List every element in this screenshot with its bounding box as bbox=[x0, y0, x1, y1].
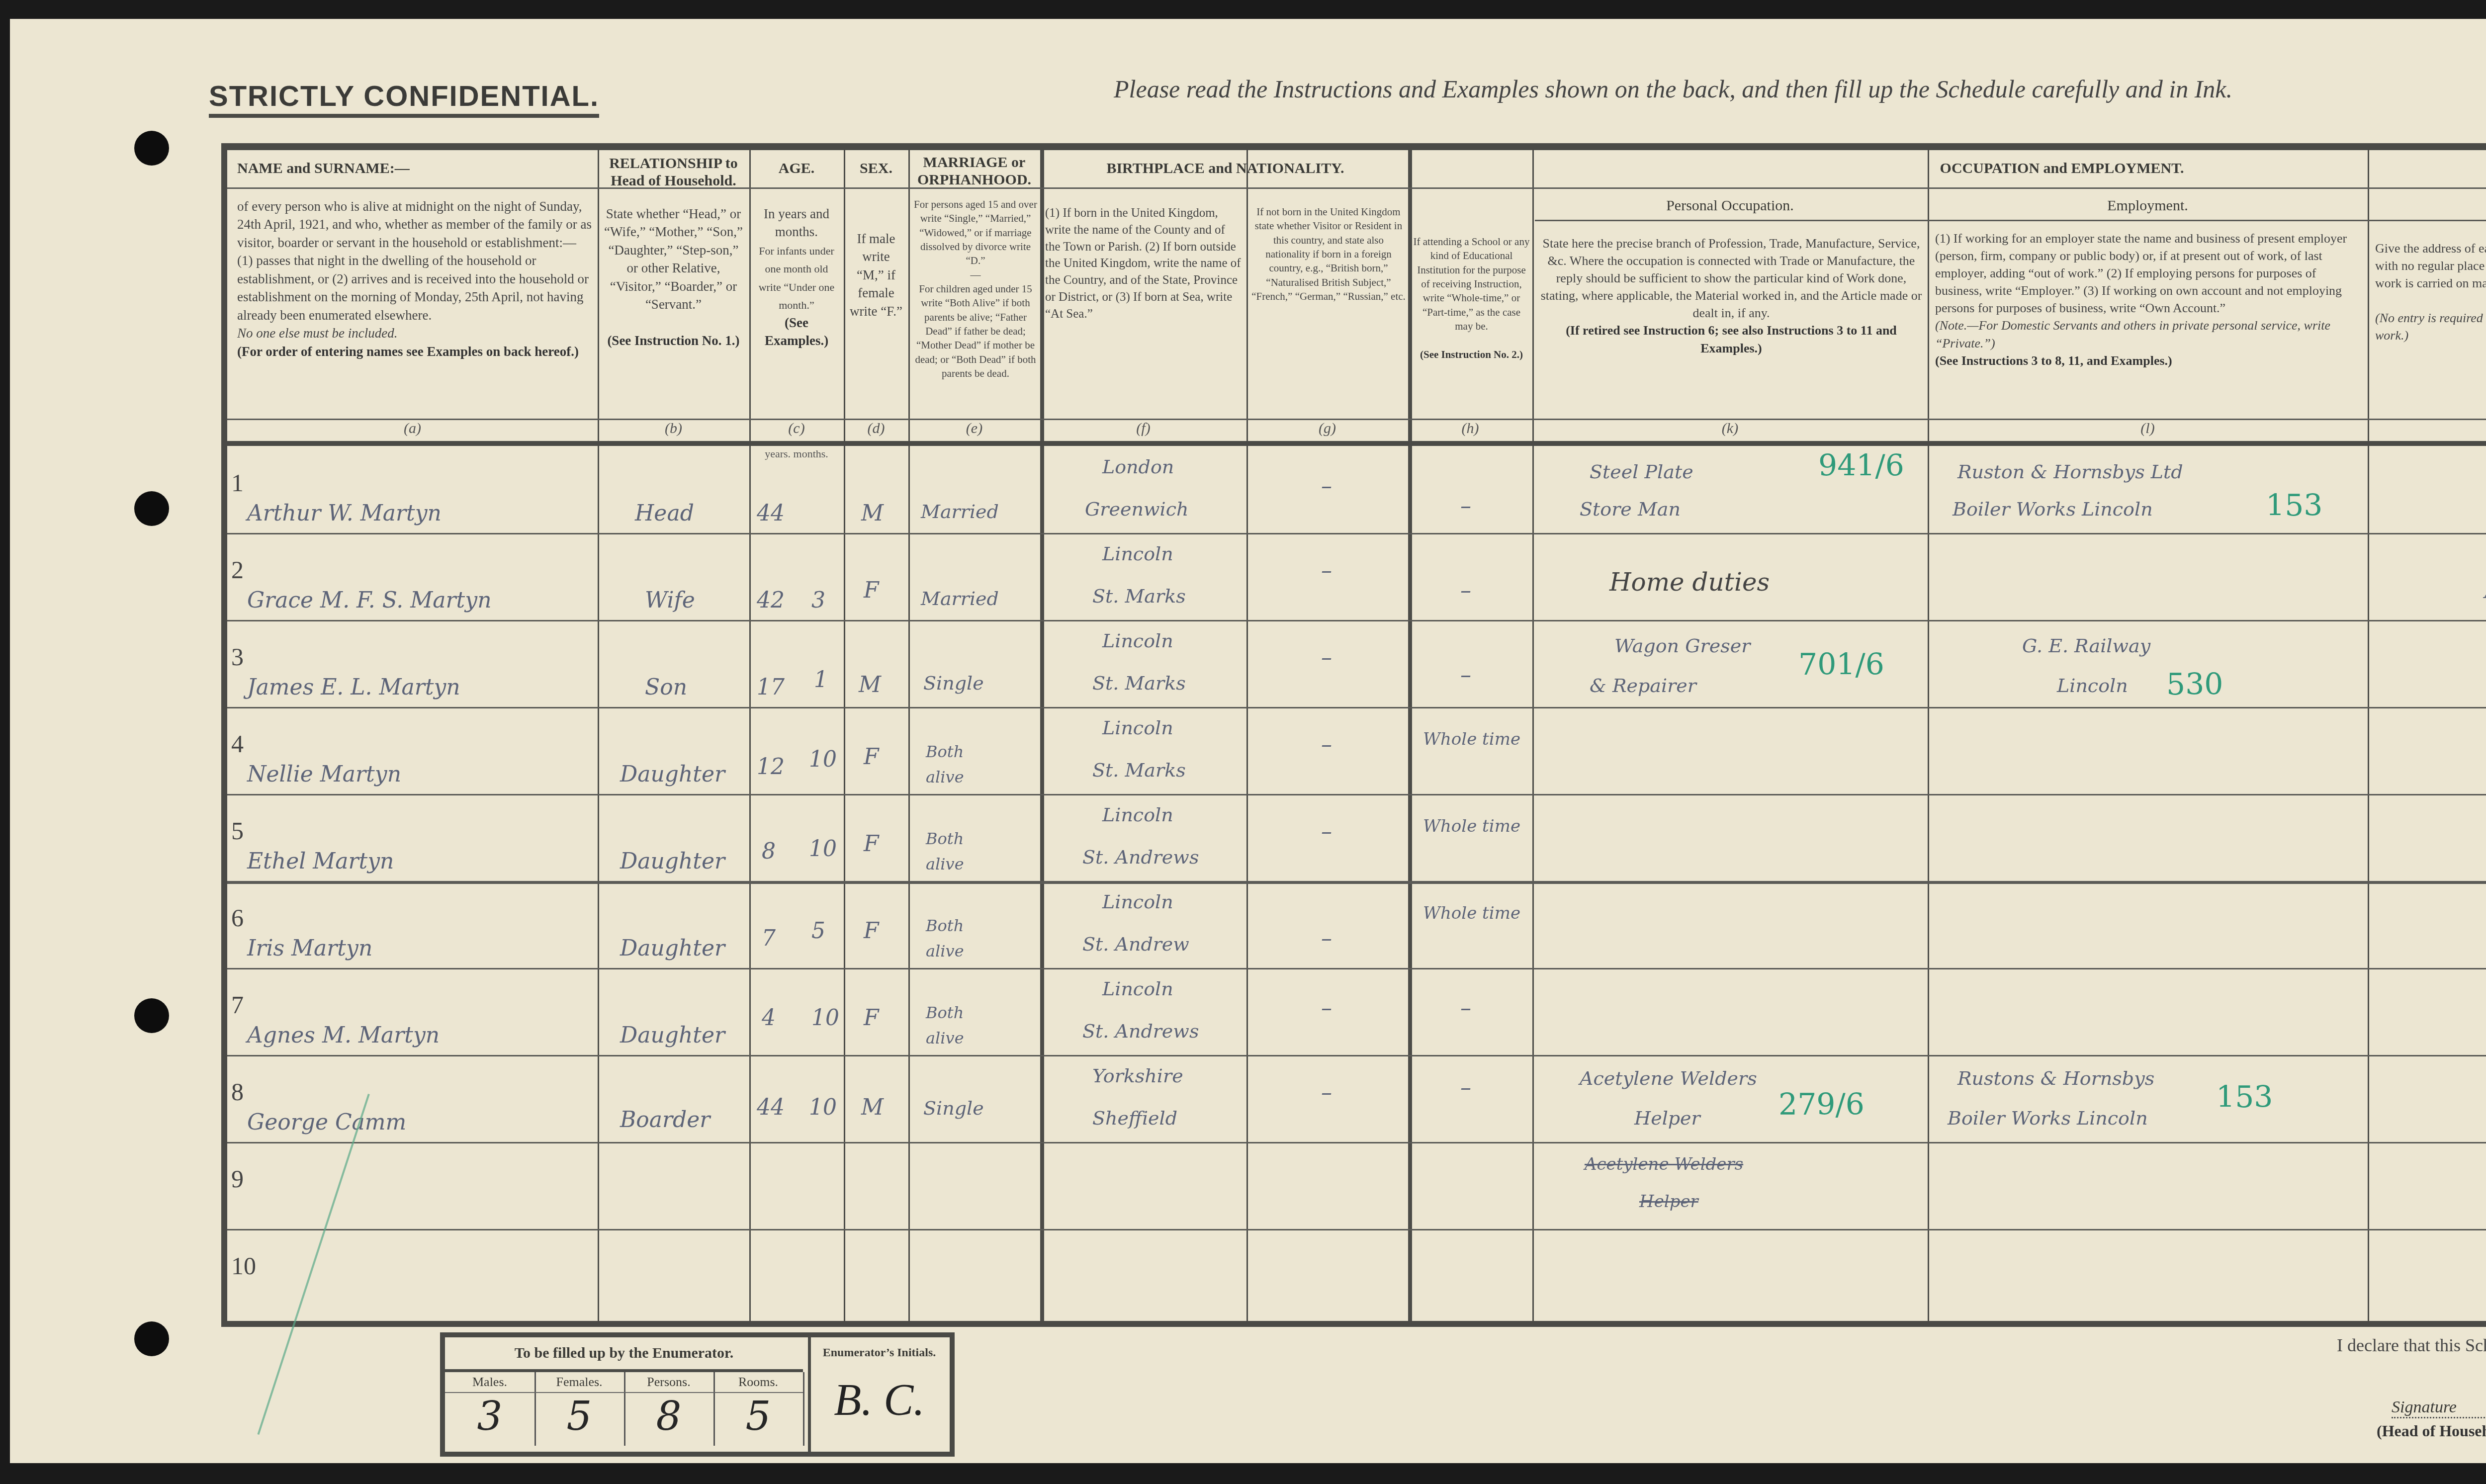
birth-county-cell: Lincoln bbox=[1102, 891, 1173, 913]
birth-county-cell: Lincoln bbox=[1102, 804, 1173, 826]
birth-county-cell: London bbox=[1102, 456, 1174, 478]
occupation-cell: Home duties bbox=[1609, 568, 1770, 597]
enumerator-initials: Enumerator’s Initials. B. C. bbox=[808, 1337, 948, 1452]
row-number: 1 bbox=[231, 468, 244, 497]
occupation-cell: Helper bbox=[1634, 1107, 1700, 1129]
field-label: Persons. bbox=[624, 1372, 713, 1393]
col-letter: (b) bbox=[598, 420, 749, 437]
age-years-cell: 42 bbox=[757, 588, 785, 613]
relationship-cell: Daughter bbox=[620, 762, 725, 787]
age-months-cell: 3 bbox=[811, 588, 825, 613]
col-letter: (e) bbox=[908, 420, 1040, 437]
employer-code: 153 bbox=[2266, 488, 2323, 523]
birth-town-cell: St. Marks bbox=[1092, 585, 1186, 607]
age-years-cell: 17 bbox=[757, 675, 785, 700]
field-label: Males. bbox=[445, 1372, 534, 1393]
rooms-field: Rooms. 5 bbox=[713, 1372, 804, 1446]
header-bottom-rule bbox=[227, 441, 2486, 446]
col-b-title: RELATIONSHIP to Head of Household. bbox=[600, 155, 747, 189]
household-schedule-table: NAME and SURNAME:— RELATIONSHIP to Head … bbox=[221, 143, 2486, 1327]
row-number: 7 bbox=[231, 990, 244, 1019]
col-letter: (a) bbox=[227, 420, 598, 437]
col-a-title: NAME and SURNAME:— bbox=[237, 160, 595, 177]
relationship-cell: Wife bbox=[645, 588, 695, 613]
name-cell: George Camm bbox=[247, 1110, 406, 1135]
birth-town-cell: Sheffield bbox=[1092, 1107, 1177, 1129]
col-letter: (c) bbox=[749, 420, 844, 437]
col-l-title: Employment. bbox=[1930, 197, 2365, 215]
punch-hole bbox=[134, 1321, 169, 1356]
instructions-line: Please read the Instructions and Example… bbox=[1114, 75, 2232, 103]
col-c-instructions: In years and months.For infants under on… bbox=[754, 205, 839, 350]
school-cell: Whole time bbox=[1423, 722, 1522, 757]
birthplace-title: BIRTHPLACE and NATIONALITY. bbox=[1045, 160, 1406, 177]
marriage-cell: Married bbox=[921, 588, 999, 610]
col-letter: (m) bbox=[2368, 420, 2486, 437]
birth-town-cell: St. Marks bbox=[1092, 672, 1186, 694]
row-divider bbox=[227, 794, 2486, 795]
col-k-instructions: State here the precise branch of Profess… bbox=[1540, 235, 1923, 357]
header-divider bbox=[227, 187, 2486, 189]
name-cell: James E. L. Martyn bbox=[247, 675, 460, 700]
marriage-cell: Both alive bbox=[926, 826, 985, 877]
occupation-code: 941/6 bbox=[1818, 448, 1904, 483]
row-number: 2 bbox=[231, 555, 244, 584]
marriage-cell: Both alive bbox=[926, 913, 985, 964]
col-letter: (g) bbox=[1246, 420, 1408, 437]
initials-value: B. C. bbox=[811, 1375, 948, 1426]
row-divider bbox=[227, 881, 2486, 884]
column-divider bbox=[598, 150, 599, 1321]
sex-cell: F bbox=[864, 578, 879, 603]
name-cell: Grace M. F. S. Martyn bbox=[247, 588, 492, 613]
column-divider bbox=[1040, 150, 1044, 1321]
marriage-cell: Single bbox=[923, 672, 984, 694]
relationship-cell: Head bbox=[635, 501, 694, 526]
header-divider bbox=[1535, 220, 2486, 221]
nationality-cell: – bbox=[1321, 732, 1332, 757]
sex-cell: M bbox=[859, 672, 881, 698]
females-field: Females. 5 bbox=[534, 1372, 625, 1446]
birth-county-cell: Lincoln bbox=[1102, 717, 1173, 739]
declaration-text: I declare that this Schedule is correctl… bbox=[2337, 1335, 2486, 1356]
occupation-code: 279/6 bbox=[1778, 1087, 1864, 1122]
school-cell: – bbox=[1460, 493, 1471, 519]
col-g-instructions: If not born in the United Kingdom state … bbox=[1251, 205, 1406, 303]
column-divider bbox=[1532, 150, 1534, 1321]
struck-occupation-cell: Helper bbox=[1639, 1192, 1698, 1212]
row-divider bbox=[227, 620, 2486, 621]
birth-town-cell: St. Andrews bbox=[1082, 1020, 1199, 1042]
row-number: 3 bbox=[231, 642, 244, 671]
col-letter: (f) bbox=[1040, 420, 1246, 437]
enumerator-box-title: To be filled up by the Enumerator. bbox=[445, 1337, 803, 1372]
sex-cell: M bbox=[861, 1095, 884, 1120]
punch-hole bbox=[134, 131, 169, 166]
sex-cell: F bbox=[864, 831, 879, 857]
signature-line: Signature A. W. Martyn bbox=[2392, 1387, 2486, 1418]
field-label: Rooms. bbox=[713, 1372, 803, 1393]
employer-cell: Rustons & Hornsbys bbox=[1957, 1067, 2154, 1089]
row-number: 4 bbox=[231, 729, 244, 758]
column-divider bbox=[749, 150, 751, 1321]
nationality-cell: – bbox=[1321, 819, 1332, 844]
row-number: 8 bbox=[231, 1077, 244, 1106]
row-divider bbox=[227, 707, 2486, 708]
school-cell: – bbox=[1460, 662, 1471, 688]
row-number: 5 bbox=[231, 816, 244, 845]
age-subheaders: years. months. bbox=[752, 447, 841, 460]
confidential-label: STRICTLY CONFIDENTIAL. bbox=[209, 80, 599, 118]
col-letter: (h) bbox=[1408, 420, 1532, 437]
nationality-cell: – bbox=[1321, 645, 1332, 670]
column-divider bbox=[908, 150, 910, 1321]
sex-cell: F bbox=[864, 1005, 879, 1031]
row-divider bbox=[227, 1229, 2486, 1230]
birth-town-cell: St. Andrew bbox=[1082, 933, 1189, 955]
occupation-cell: Steel Plate bbox=[1590, 461, 1693, 483]
enumerator-totals-box: To be filled up by the Enumerator. Males… bbox=[440, 1332, 955, 1457]
marriage-cell: Married bbox=[921, 501, 999, 523]
col-a-instructions: of every person who is alive at midnight… bbox=[237, 197, 593, 360]
col-e-title: MARRIAGE or ORPHANHOOD. bbox=[911, 154, 1038, 188]
col-letter: (d) bbox=[844, 420, 908, 437]
occupation-cell: Acetylene Welders bbox=[1580, 1067, 1757, 1089]
nationality-cell: – bbox=[1321, 926, 1332, 951]
name-cell: Iris Martyn bbox=[247, 936, 372, 961]
employer-code: 530 bbox=[2166, 667, 2223, 702]
age-years-cell: 44 bbox=[757, 1095, 785, 1120]
col-l-instructions: (1) If working for an employer state the… bbox=[1935, 230, 2363, 369]
birth-county-cell: Lincoln bbox=[1102, 630, 1173, 652]
row-divider bbox=[227, 1055, 2486, 1056]
birth-town-cell: Greenwich bbox=[1085, 498, 1188, 520]
age-months-cell: 5 bbox=[811, 918, 825, 944]
age-years-cell: 8 bbox=[762, 839, 776, 864]
row-divider bbox=[227, 968, 2486, 969]
school-cell: – bbox=[1460, 995, 1471, 1021]
occupation-cell: Store Man bbox=[1580, 498, 1681, 520]
nationality-cell: – bbox=[1321, 995, 1332, 1021]
age-years-cell: 4 bbox=[762, 1005, 776, 1031]
col-f-instructions: (1) If born in the United Kingdom, write… bbox=[1045, 205, 1242, 322]
name-cell: Ethel Martyn bbox=[247, 849, 394, 874]
signature-label: Signature bbox=[2392, 1398, 2457, 1417]
punch-hole bbox=[134, 491, 169, 526]
col-d-instructions: If male write “M,” if female write “F.” bbox=[849, 230, 903, 320]
row-divider bbox=[227, 1142, 2486, 1143]
row-divider bbox=[227, 533, 2486, 534]
col-letter: (l) bbox=[1928, 420, 2368, 437]
col-k-title: Personal Occupation. bbox=[1535, 197, 1925, 215]
field-value: 8 bbox=[624, 1393, 713, 1439]
row-number: 10 bbox=[231, 1251, 256, 1280]
col-m-title: Place of Work. bbox=[2370, 197, 2486, 215]
age-months-cell: 10 bbox=[811, 1005, 839, 1031]
field-value: 3 bbox=[445, 1393, 534, 1439]
relationship-cell: Daughter bbox=[620, 936, 725, 961]
struck-occupation-cell: Acetylene Welders bbox=[1585, 1154, 1743, 1174]
school-cell: – bbox=[1460, 1075, 1471, 1100]
birth-county-cell: Lincoln bbox=[1102, 978, 1173, 1000]
marriage-cell: Single bbox=[923, 1097, 984, 1119]
nationality-cell: – bbox=[1321, 558, 1332, 583]
nationality-cell: – bbox=[1321, 473, 1332, 499]
initials-label: Enumerator’s Initials. bbox=[811, 1346, 948, 1360]
birth-county-cell: Yorkshire bbox=[1092, 1065, 1183, 1087]
relationship-cell: Son bbox=[645, 675, 687, 700]
age-years-cell: 44 bbox=[757, 501, 785, 526]
row-number: 9 bbox=[231, 1164, 244, 1193]
school-cell: – bbox=[1460, 578, 1471, 603]
col-e-instructions: For persons aged 15 and over write “Sing… bbox=[913, 197, 1038, 380]
age-years-cell: 12 bbox=[757, 754, 785, 780]
persons-field: Persons. 8 bbox=[624, 1372, 715, 1446]
employer-cell: Ruston & Hornsbys Ltd bbox=[1957, 461, 2183, 483]
col-d-title: SEX. bbox=[846, 160, 906, 177]
column-divider bbox=[2368, 150, 2369, 1321]
field-value: 5 bbox=[713, 1393, 803, 1439]
school-cell: Whole time bbox=[1423, 809, 1522, 844]
age-months-cell: 1 bbox=[814, 667, 828, 693]
birth-town-cell: St. Andrews bbox=[1082, 846, 1199, 868]
employer-code: 153 bbox=[2216, 1080, 2273, 1115]
field-value: 5 bbox=[534, 1393, 624, 1439]
school-cell: Whole time bbox=[1423, 896, 1522, 931]
marriage-cell: Both alive bbox=[926, 739, 985, 790]
occupation-cell: & Repairer bbox=[1590, 675, 1696, 697]
col-h-instructions: If attending a School or any kind of Edu… bbox=[1413, 235, 1530, 361]
sex-cell: F bbox=[864, 744, 879, 770]
birth-county-cell: Lincoln bbox=[1102, 543, 1173, 565]
col-c-title: AGE. bbox=[752, 160, 841, 177]
sex-cell: F bbox=[864, 918, 879, 944]
col-letter: (k) bbox=[1532, 420, 1928, 437]
age-months-cell: 10 bbox=[809, 836, 837, 862]
males-field: Males. 3 bbox=[445, 1372, 536, 1446]
column-divider bbox=[1928, 150, 1929, 1321]
marriage-cell: Both alive bbox=[926, 1000, 985, 1051]
column-divider bbox=[1408, 150, 1412, 1321]
punch-hole bbox=[134, 998, 169, 1033]
row-number: 6 bbox=[231, 903, 244, 932]
name-cell: Nellie Martyn bbox=[247, 762, 401, 787]
relationship-cell: Boarder bbox=[620, 1107, 710, 1133]
relationship-cell: Daughter bbox=[620, 1023, 725, 1048]
nationality-cell: – bbox=[1321, 1080, 1332, 1105]
name-cell: Arthur W. Martyn bbox=[247, 501, 442, 526]
age-years-cell: 7 bbox=[762, 926, 776, 951]
employer-cell: Boiler Works Lincoln bbox=[1948, 1107, 2148, 1129]
age-months-cell: 10 bbox=[809, 747, 837, 772]
column-divider bbox=[1246, 150, 1248, 1321]
column-divider bbox=[844, 150, 845, 1321]
employer-cell: Boiler Works Lincoln bbox=[1953, 498, 2153, 520]
occupation-cell: Wagon Greser bbox=[1614, 635, 1750, 657]
signature-caption: (Head of Household, Manager of Establish… bbox=[2377, 1422, 2486, 1440]
employer-cell: Lincoln bbox=[2057, 675, 2128, 697]
col-b-instructions: State whether “Head,” or “Wife,” “Mother… bbox=[603, 205, 744, 350]
occupation-code: 701/6 bbox=[1798, 647, 1884, 682]
field-label: Females. bbox=[534, 1372, 624, 1393]
birth-town-cell: St. Marks bbox=[1092, 759, 1186, 781]
name-cell: Agnes M. Martyn bbox=[247, 1023, 440, 1048]
sex-cell: M bbox=[861, 501, 884, 526]
occupation-title: OCCUPATION and EMPLOYMENT. bbox=[1413, 160, 2486, 177]
employer-cell: G. E. Railway bbox=[2022, 635, 2150, 657]
age-months-cell: 10 bbox=[809, 1095, 837, 1120]
col-m-instructions: Give the address of each person’s place … bbox=[2375, 240, 2486, 345]
relationship-cell: Daughter bbox=[620, 849, 725, 874]
